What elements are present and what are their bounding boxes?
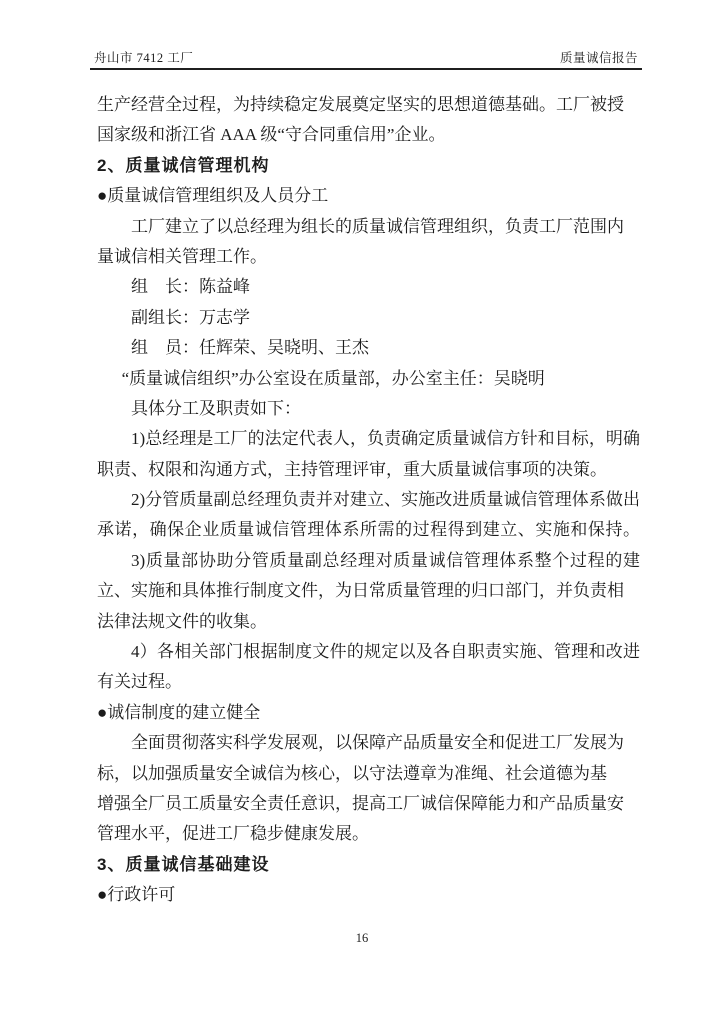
page-number: 16 [356, 931, 369, 945]
text-line: 法律法规文件的收集。 [97, 607, 640, 637]
header-divider [90, 68, 642, 70]
text-line: 国家级和浙江省 AAA 级“守合同重信用”企业。 [97, 120, 640, 150]
text-line: 组 员：任辉荣、吴晓明、王杰 [97, 333, 640, 363]
header-report-title: 质量诚信报告 [560, 48, 638, 66]
text-line: 管理水平，促进工厂稳步健康发展。 [97, 819, 640, 849]
text-line: 工厂建立了以总经理为组长的质量诚信管理组织，负责工厂范围内质 [97, 212, 640, 242]
text-line: 4）各相关部门根据制度文件的规定以及各自职责实施、管理和改进 [97, 637, 640, 667]
page-header: 舟山市 7412 工厂 质量诚信报告 [94, 48, 638, 66]
page-footer: 16 [0, 931, 724, 946]
document-page: 舟山市 7412 工厂 质量诚信报告 生产经营全过程，为持续稳定发展奠定坚实的思… [0, 0, 724, 1024]
text-line: 有关过程。 [97, 667, 640, 697]
text-line: 生产经营全过程，为持续稳定发展奠定坚实的思想道德基础。工厂被授予 [97, 90, 640, 120]
text-line: 具体分工及职责如下： [97, 394, 640, 424]
bullet-line: ●行政许可 [97, 880, 640, 910]
text-line: 量诚信相关管理工作。 [97, 242, 640, 272]
text-line: “质量诚信组织”办公室设在质量部，办公室主任：吴晓明 [97, 364, 640, 394]
text-line: 3)质量部协助分管质量副总经理对质量诚信管理体系整个过程的建 [97, 546, 640, 576]
bullet-line: ●质量诚信管理组织及人员分工 [97, 181, 640, 211]
text-line: 立、实施和具体推行制度文件，为日常质量管理的归口部门，并负责相关 [97, 576, 640, 606]
section-heading: 2、质量诚信管理机构 [97, 151, 640, 181]
text-line: 职责、权限和沟通方式，主持管理评审，重大质量诚信事项的决策。 [97, 455, 640, 485]
text-line: 承诺，确保企业质量诚信管理体系所需的过程得到建立、实施和保持。 [97, 515, 640, 545]
text-line: 组 长：陈益峰 [97, 272, 640, 302]
text-line: 标，以加强质量安全诚信为核心，以守法遵章为准绳、社会道德为基础， [97, 759, 640, 789]
text-line: 全面贯彻落实科学发展观，以保障产品质量安全和促进工厂发展为目 [97, 728, 640, 758]
text-line: 增强全厂员工质量安全责任意识，提高工厂诚信保障能力和产品质量安全 [97, 789, 640, 819]
section-heading: 3、质量诚信基础建设 [97, 850, 640, 880]
header-company-name: 舟山市 7412 工厂 [94, 48, 193, 66]
text-line: 1)总经理是工厂的法定代表人，负责确定质量诚信方针和目标，明确 [97, 424, 640, 454]
document-body: 生产经营全过程，为持续稳定发展奠定坚实的思想道德基础。工厂被授予 国家级和浙江省… [97, 90, 640, 911]
bullet-line: ●诚信制度的建立健全 [97, 698, 640, 728]
text-line: 2)分管质量副总经理负责并对建立、实施改进质量诚信管理体系做出 [97, 485, 640, 515]
text-line: 副组长：万志学 [97, 303, 640, 333]
